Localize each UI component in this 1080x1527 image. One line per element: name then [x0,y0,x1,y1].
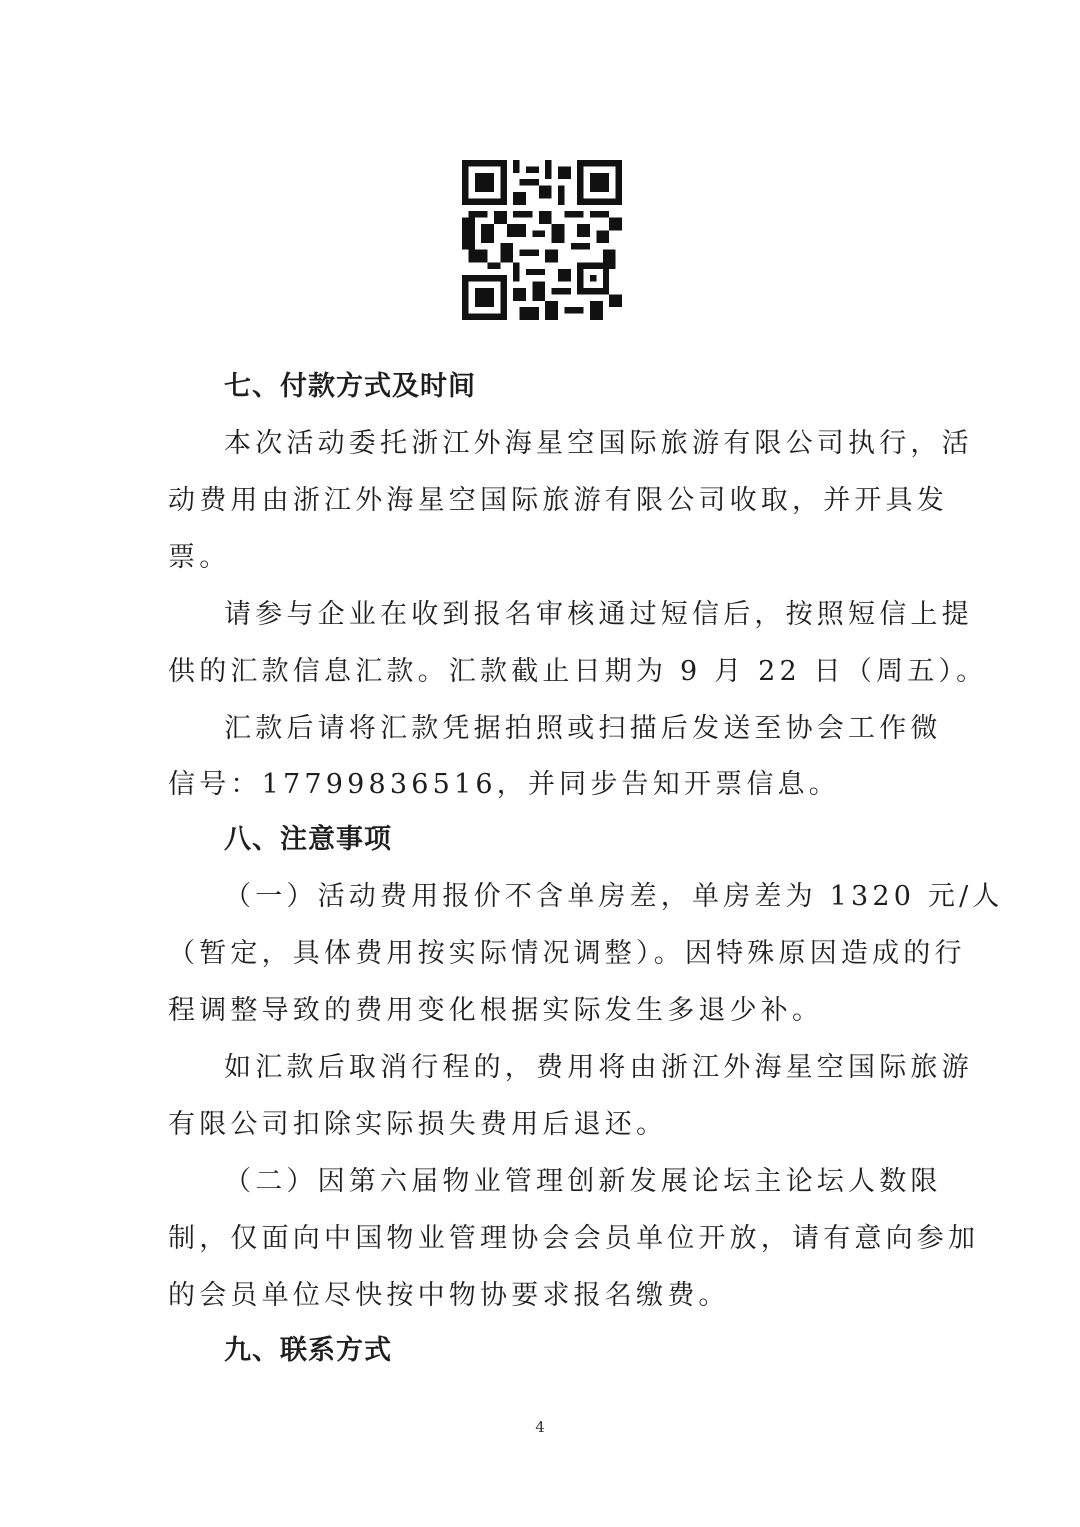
paragraph-line: 程调整导致的费用变化根据实际发生多退少补。 [168,994,916,1028]
paragraph-line: 汇款后请将汇款凭据拍照或扫描后发送至协会工作微 [224,712,916,746]
paragraph-line: （二）因第六届物业管理创新发展论坛主论坛人数限 [224,1165,916,1199]
paragraph-line: 的会员单位尽快按中物协要求报名缴费。 [168,1279,916,1313]
page-number: 4 [0,1418,1080,1436]
section-heading-contact: 九、联系方式 [224,1334,916,1368]
paragraph-line: （一）活动费用报价不含单房差，单房差为 1320 元/人 [224,880,916,914]
paragraph-line: 请参与企业在收到报名审核通过短信后，按照短信上提 [224,598,916,632]
section-heading-notes: 八、注意事项 [224,823,916,857]
paragraph-line: 动费用由浙江外海星空国际旅游有限公司收取，并开具发 [168,484,916,518]
paragraph-line: 制，仅面向中国物业管理协会会员单位开放，请有意向参加 [168,1222,916,1256]
paragraph-line: 有限公司扣除实际损失费用后退还。 [168,1108,916,1142]
paragraph-line: 票。 [168,541,916,575]
qr-code [462,160,622,320]
paragraph-line: 如汇款后取消行程的，费用将由浙江外海星空国际旅游 [224,1051,916,1085]
paragraph-line: 信号：17799836516，并同步告知开票信息。 [168,768,916,802]
paragraph-line: （暂定，具体费用按实际情况调整）。因特殊原因造成的行 [168,937,916,971]
paragraph-line: 供的汇款信息汇款。汇款截止日期为 9 月 22 日（周五）。 [168,655,916,689]
document-page: 七、付款方式及时间 本次活动委托浙江外海星空国际旅游有限公司执行，活 动费用由浙… [0,0,1080,1527]
section-heading-payment: 七、付款方式及时间 [224,370,916,404]
qr-code-icon [462,160,622,320]
paragraph-line: 本次活动委托浙江外海星空国际旅游有限公司执行，活 [224,427,916,461]
